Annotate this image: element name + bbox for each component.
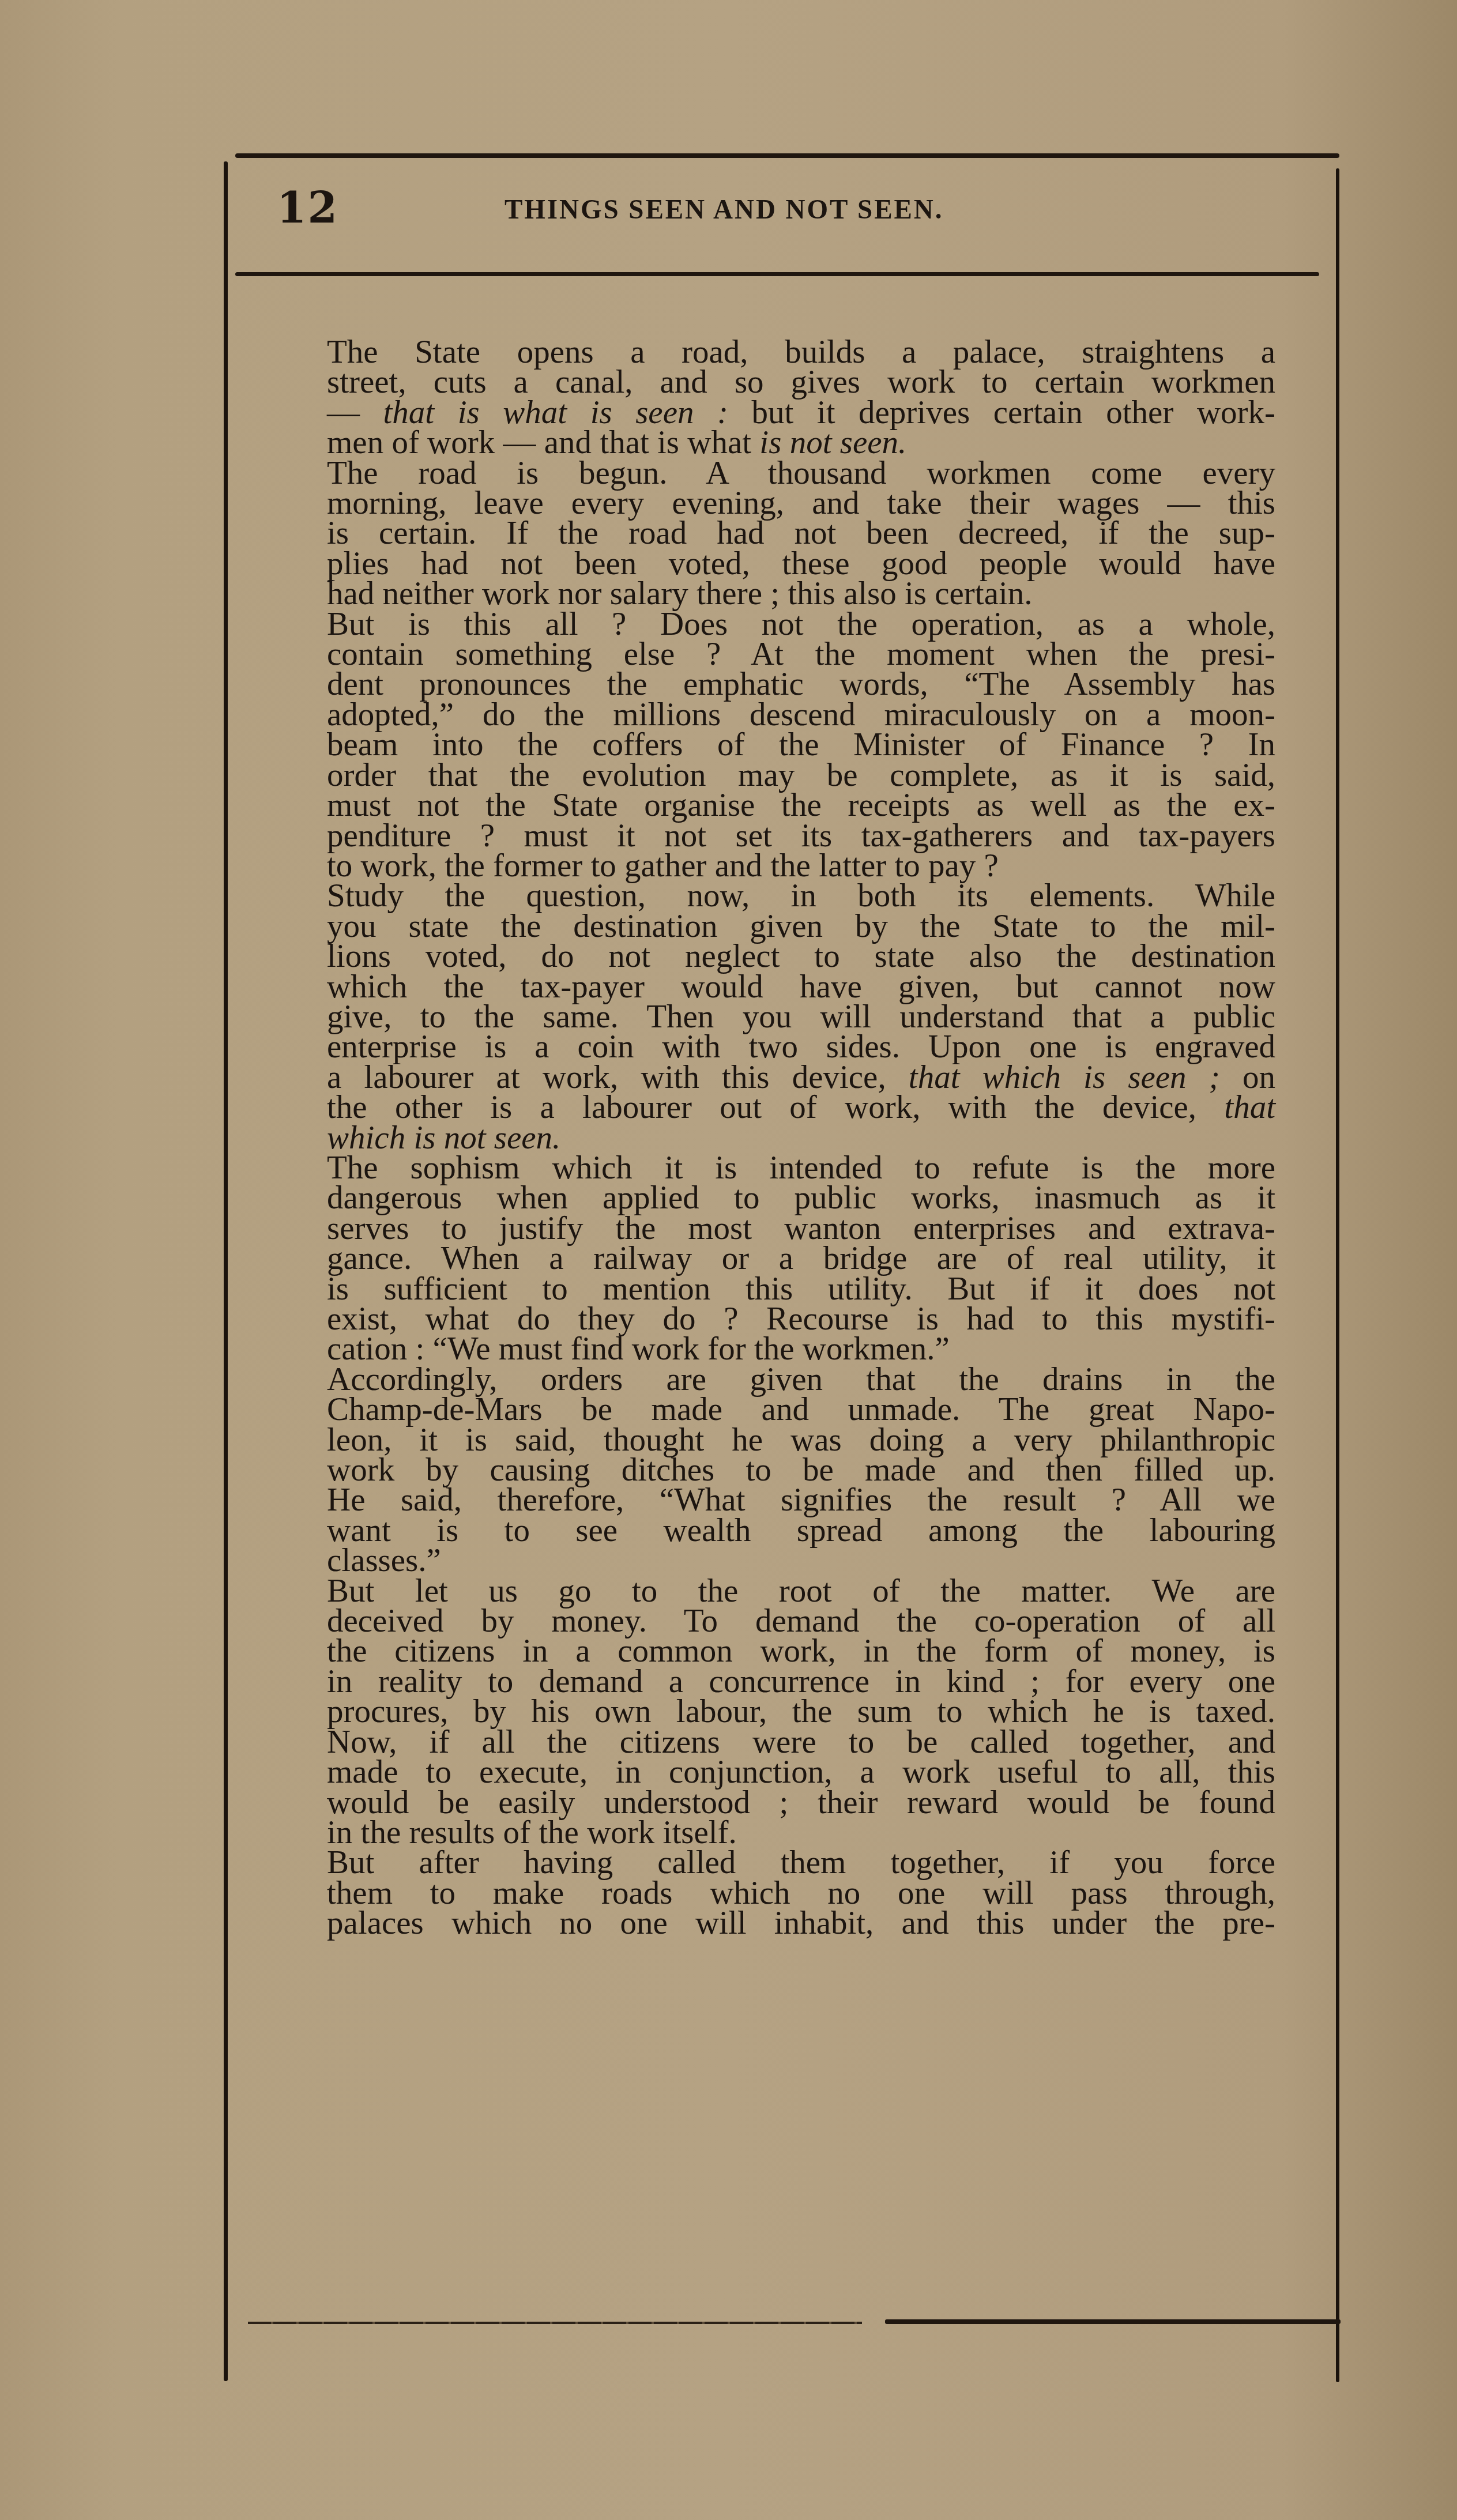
paragraph: But after having called them together, i… (295, 1848, 1275, 1938)
header-bottom-rule (235, 272, 1319, 276)
text-line: want is to see wealth spread among the l… (295, 1516, 1275, 1546)
bottom-rule-right (885, 2319, 1341, 2324)
page-frame-right-border (1336, 168, 1339, 2382)
text-line: enterprise is a coin with two sides. Upo… (295, 1032, 1275, 1062)
text-line: made to execute, in conjunction, a work … (295, 1757, 1275, 1787)
text-line: the other is a labourer out of work, wit… (295, 1093, 1275, 1122)
text-line: The sophism which it is intended to refu… (295, 1153, 1275, 1183)
paragraph: The sophism which it is intended to refu… (295, 1153, 1275, 1365)
text-line: serves to justify the most wanton enterp… (295, 1214, 1275, 1244)
paragraph: Study the question, now, in both its ele… (295, 881, 1275, 1153)
text-line: dent pronounces the emphatic words, “The… (295, 669, 1275, 699)
text-line: gance. When a railway or a bridge are of… (295, 1244, 1275, 1274)
text-line: Accordingly, orders are given that the d… (295, 1365, 1275, 1395)
text-line: must not the State organise the receipts… (295, 790, 1275, 820)
text-line: The road is begun. A thousand workmen co… (295, 458, 1275, 488)
text-line: men of work — and that is what is not se… (295, 428, 1275, 458)
page-frame-left-border (224, 161, 228, 2381)
text-line: leon, it is said, thought he was doing a… (295, 1425, 1275, 1455)
text-line: The State opens a road, builds a palace,… (295, 337, 1275, 367)
running-head: THINGS SEEN AND NOT SEEN. (505, 194, 943, 225)
italic-text: that (1224, 1089, 1275, 1125)
text-line: you state the destination given by the S… (295, 911, 1275, 941)
text-line: palaces which no one will inhabit, and t… (295, 1908, 1275, 1938)
text-line: morning, leave every evening, and take t… (295, 488, 1275, 518)
text-line: had neither work nor salary there ; this… (295, 579, 1275, 609)
paragraph: But let us go to the root of the matter.… (295, 1576, 1275, 1848)
text-line: work by causing ditches to be made and t… (295, 1455, 1275, 1485)
body-text: The State opens a road, builds a palace,… (295, 337, 1275, 1939)
bottom-rule-left (248, 2322, 862, 2324)
text-line: He said, therefore, “What signifies the … (295, 1485, 1275, 1515)
text-line: is certain. If the road had not been dec… (295, 518, 1275, 548)
text-line: the citizens in a common work, in the fo… (295, 1636, 1275, 1666)
text-line: them to make roads which no one will pas… (295, 1878, 1275, 1908)
text-line: street, cuts a canal, and so gives work … (295, 367, 1275, 397)
text-line: But let us go to the root of the matter.… (295, 1576, 1275, 1606)
text-line: give, to the same. Then you will underst… (295, 1002, 1275, 1032)
top-rule (235, 153, 1339, 158)
page-header: 12 THINGS SEEN AND NOT SEEN. (277, 183, 1315, 247)
paragraph: The State opens a road, builds a palace,… (295, 337, 1275, 458)
text-line: contain something else ? At the moment w… (295, 639, 1275, 669)
text-line: in the results of the work itself. (295, 1818, 1275, 1848)
page-number: 12 (277, 183, 338, 233)
text-line: lions voted, do not neglect to state als… (295, 941, 1275, 971)
text-line: deceived by money. To demand the co-oper… (295, 1606, 1275, 1636)
text-line: a labourer at work, with this device, th… (295, 1063, 1275, 1093)
text-line: penditure ? must it not set its tax-gath… (295, 821, 1275, 851)
text-line: Champ-de-Mars be made and unmade. The gr… (295, 1395, 1275, 1425)
text-line: cation : “We must find work for the work… (295, 1334, 1275, 1364)
text-line: Now, if all the citizens were to be call… (295, 1727, 1275, 1757)
text-line: classes.” (295, 1546, 1275, 1576)
text-line: exist, what do they do ? Recourse is had… (295, 1304, 1275, 1334)
text-segment: palaces which no one will inhabit, and t… (327, 1905, 1275, 1941)
paragraph: But is this all ? Does not the operation… (295, 609, 1275, 882)
text-line: would be easily understood ; their rewar… (295, 1788, 1275, 1818)
text-line: in reality to demand a concurrence in ki… (295, 1667, 1275, 1697)
text-line: Study the question, now, in both its ele… (295, 881, 1275, 911)
text-line: which the tax-payer would have given, bu… (295, 972, 1275, 1002)
text-line: But is this all ? Does not the operation… (295, 609, 1275, 639)
text-line: procures, by his own labour, the sum to … (295, 1697, 1275, 1727)
text-line: is sufficient to mention this utility. B… (295, 1274, 1275, 1304)
paragraph: Accordingly, orders are given that the d… (295, 1365, 1275, 1576)
text-line: plies had not been voted, these good peo… (295, 549, 1275, 579)
paragraph: The road is begun. A thousand workmen co… (295, 458, 1275, 609)
text-segment: want is to see wealth spread among the l… (327, 1512, 1275, 1549)
text-line: which is not seen. (295, 1123, 1275, 1153)
text-line: But after having called them together, i… (295, 1848, 1275, 1878)
text-line: order that the evolution may be complete… (295, 760, 1275, 790)
text-line: dangerous when applied to public works, … (295, 1183, 1275, 1213)
text-line: to work, the former to gather and the la… (295, 851, 1275, 881)
text-line: — that is what is seen : but it deprives… (295, 398, 1275, 428)
text-line: adopted,” do the millions descend miracu… (295, 700, 1275, 730)
text-line: beam into the coffers of the Minister of… (295, 730, 1275, 760)
